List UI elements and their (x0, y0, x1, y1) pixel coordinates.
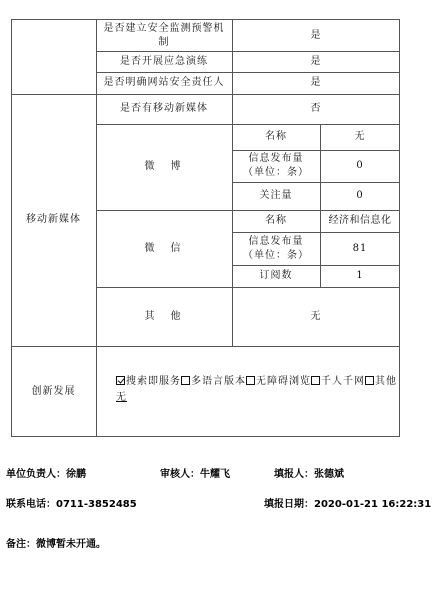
mobile-media-section-label: 移动新媒体 (11, 94, 96, 346)
security-monitor-value: 是 (232, 20, 400, 51)
weibo-posts-value: 0 (320, 150, 400, 182)
option-other[interactable]: 其他 (365, 376, 397, 387)
option-label: 无障碍浏览 (256, 376, 311, 387)
wechat-subscribers-label-text: 订阅数 (260, 269, 293, 283)
option-personalized[interactable]: 千人千网 (311, 376, 365, 387)
checkbox-unchecked-icon[interactable] (311, 376, 320, 385)
weibo-name-label: 名称 (232, 124, 320, 150)
weibo-posts-label-text: 信息发布量（单位：条） (238, 152, 314, 180)
filler: 填报人：张德斌 (274, 465, 344, 480)
option-multilingual[interactable]: 多语言版本 (181, 376, 246, 387)
weibo-followers-value: 0 (320, 182, 400, 210)
emergency-drill-value: 是 (232, 51, 400, 72)
has-mobile-media-label: 是否有移动新媒体 (96, 94, 232, 124)
wechat-subscribers-value-text: 1 (356, 269, 363, 283)
other-media-label-text: 其 他 (145, 310, 184, 324)
has-mobile-media-label-text: 是否有移动新媒体 (120, 102, 208, 116)
security-monitor-label-text: 是否建立安全监测预警机制 (100, 22, 228, 50)
contact-phone: 联系电话：0711-3852485 (6, 495, 137, 510)
weibo-followers-label: 关注量 (232, 182, 320, 210)
other-media-label: 其 他 (96, 287, 232, 346)
other-media-value-text: 无 (311, 310, 322, 324)
weibo-followers-value-text: 0 (356, 189, 363, 203)
wechat-subscribers-value: 1 (320, 265, 400, 287)
weibo-posts-label: 信息发布量（单位：条） (232, 150, 320, 182)
checkbox-unchecked-icon[interactable] (365, 376, 374, 385)
wechat-name-label-text: 名称 (265, 214, 287, 228)
unit-head: 单位负责人：徐鹏 (6, 465, 86, 480)
weibo-label-text: 微 博 (145, 160, 184, 174)
option-label: 其他 (375, 376, 397, 387)
weibo-name-label-text: 名称 (265, 130, 287, 144)
weibo-posts-value-text: 0 (356, 159, 363, 173)
mobile-media-section-label-text: 移动新媒体 (26, 213, 81, 227)
security-owner-label-text: 是否明确网站安全责任人 (104, 76, 225, 90)
checkbox-unchecked-icon[interactable] (246, 376, 255, 385)
emergency-drill-label-text: 是否开展应急演练 (120, 55, 208, 69)
emergency-drill-value-text: 是 (311, 55, 322, 69)
wechat-posts-value-text: 81 (353, 242, 368, 256)
reviewer: 审核人：牛耀飞 (160, 465, 230, 480)
wechat-name-value-text: 经济和信息化 (329, 214, 392, 228)
option-label: 多语言版本 (191, 376, 246, 387)
innovation-other-value: 无 (116, 392, 127, 403)
innovation-options: 搜索即服务多语言版本无障碍浏览千人千网其他 无 (116, 374, 401, 406)
has-mobile-media-value-text: 否 (311, 102, 322, 116)
innovation-section-label-text: 创新发展 (32, 385, 76, 399)
wechat-label-text: 微 信 (145, 242, 184, 256)
wechat-posts-label: 信息发布量（单位：条） (232, 232, 320, 265)
has-mobile-media-value: 否 (232, 94, 400, 124)
wechat-subscribers-label: 订阅数 (232, 265, 320, 287)
remark: 备注：微博暂未开通。 (6, 535, 106, 550)
weibo-followers-label-text: 关注量 (260, 189, 293, 203)
wechat-name-label: 名称 (232, 210, 320, 232)
option-label: 搜索即服务 (126, 376, 181, 387)
innovation-section-label: 创新发展 (11, 346, 96, 437)
wechat-posts-value: 81 (320, 232, 400, 265)
option-label: 千人千网 (321, 376, 365, 387)
security-monitor-value-text: 是 (311, 29, 322, 43)
option-search-as-service[interactable]: 搜索即服务 (116, 376, 181, 387)
wechat-name-value: 经济和信息化 (320, 210, 400, 232)
emergency-drill-label: 是否开展应急演练 (96, 51, 232, 72)
option-accessibility[interactable]: 无障碍浏览 (246, 376, 311, 387)
checkbox-unchecked-icon[interactable] (181, 376, 190, 385)
other-media-value: 无 (232, 287, 400, 346)
security-monitor-label: 是否建立安全监测预警机制 (100, 20, 228, 51)
weibo-name-value: 无 (320, 124, 400, 150)
wechat-posts-label-text: 信息发布量（单位：条） (238, 235, 314, 263)
checkbox-checked-icon[interactable] (116, 376, 125, 385)
weibo-label: 微 博 (96, 124, 232, 210)
fill-date: 填报日期：2020-01-21 16:22:31 (264, 495, 431, 510)
weibo-name-value-text: 无 (355, 130, 366, 144)
security-owner-value-text: 是 (311, 76, 322, 90)
wechat-label: 微 信 (96, 210, 232, 287)
security-owner-label: 是否明确网站安全责任人 (96, 72, 232, 94)
security-owner-value: 是 (232, 72, 400, 94)
